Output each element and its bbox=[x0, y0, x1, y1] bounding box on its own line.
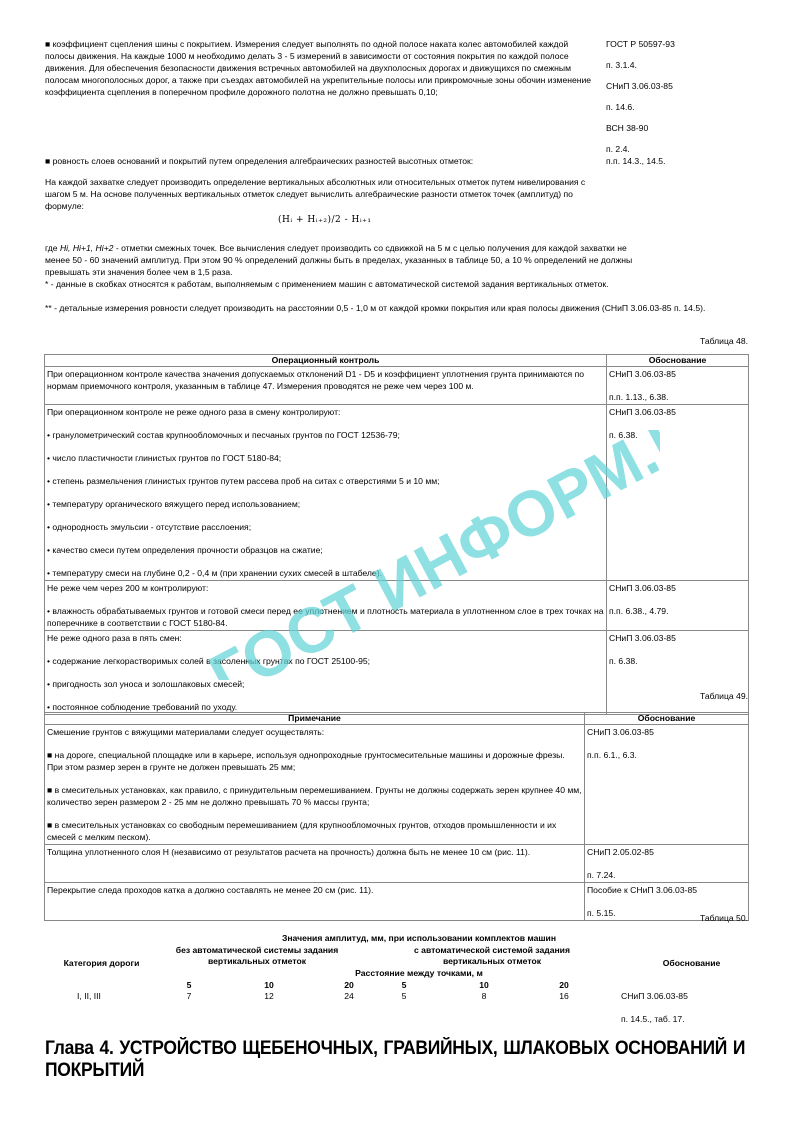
amplitude-value: 24 bbox=[334, 991, 364, 1002]
group-header-amplitudes: Значения амплитуд, мм, при использовании… bbox=[184, 933, 654, 944]
table-cell: Смешение грунтов с вяжущими материалами … bbox=[45, 725, 585, 845]
formula-variables: Hi, Hi+1, Hi+2 bbox=[60, 243, 114, 253]
distance-value: 10 bbox=[254, 980, 284, 991]
basis-snip: СНиП 3.06.03-85 bbox=[621, 991, 741, 1002]
cell-text: п. 7.24. bbox=[587, 869, 746, 881]
cell-text: п.п. 1.13., 6.38. bbox=[609, 391, 746, 403]
column-header-basis: Обоснование bbox=[585, 713, 749, 725]
cell-text: • степень размельчения глинистых грунтов… bbox=[47, 475, 604, 487]
column-header-note: Примечание bbox=[45, 713, 585, 725]
table-header-row: Операционный контроль Обоснование bbox=[45, 355, 749, 367]
cell-text: п.п. 6.38., 4.79. bbox=[609, 605, 746, 617]
table-cell: Перекрытие следа проходов катка a должно… bbox=[45, 883, 585, 921]
table-50-caption: Таблица 50. bbox=[700, 912, 748, 924]
cell-text: СНиП 3.06.03-85 bbox=[587, 726, 746, 738]
cell-text: Не реже одного раза в пять смен: bbox=[47, 632, 604, 644]
cell-text: ■ в смесительных установках со свободным… bbox=[47, 819, 582, 843]
distance-value: 5 bbox=[174, 980, 204, 991]
amplitude-value: 7 bbox=[174, 991, 204, 1002]
table-row: Не реже чем через 200 м контролируют: • … bbox=[45, 581, 749, 631]
subheader-without-auto: без автоматической системы задания верти… bbox=[162, 945, 352, 967]
paragraph-evenness: ■ ровность слоев оснований и покрытий пу… bbox=[45, 155, 600, 167]
cell-text: ■ на дороге, специальной площадке или в … bbox=[47, 749, 582, 773]
table-cell-basis: СНиП 3.06.03-85 п.п. 6.38., 4.79. bbox=[607, 581, 749, 631]
cell-text: • влажность обрабатываемых грунтов и гот… bbox=[47, 605, 604, 629]
reference-item: п. 3.1.4. bbox=[606, 59, 756, 80]
amplitude-value: 12 bbox=[254, 991, 284, 1002]
cell-text: Толщина уплотненного слоя H (независимо … bbox=[47, 846, 582, 858]
table-cell: Не реже чем через 200 м контролируют: • … bbox=[45, 581, 607, 631]
column-header-operational-control: Операционный контроль bbox=[45, 355, 607, 367]
distance-value: 20 bbox=[549, 980, 579, 991]
cell-text: СНиП 3.06.03-85 bbox=[609, 406, 746, 418]
table-cell-basis: СНиП 2.05.02-85 п. 7.24. bbox=[585, 845, 749, 883]
table-48: Операционный контроль Обоснование При оп… bbox=[44, 354, 749, 715]
table-48-caption: Таблица 48. bbox=[700, 335, 748, 347]
paragraph-where: где Hi, Hi+1, Hi+2 - отметки смежных точ… bbox=[45, 242, 645, 278]
category-value: I, II, III bbox=[44, 991, 134, 1002]
table-row: Перекрытие следа проходов катка a должно… bbox=[45, 883, 749, 921]
chapter-title: Глава 4. УСТРОЙСТВО ЩЕБЕНОЧНЫХ, ГРАВИЙНЫ… bbox=[45, 1038, 745, 1082]
cell-text: СНиП 3.06.03-85 bbox=[609, 368, 746, 380]
cell-text: • качество смеси путем определения прочн… bbox=[47, 544, 604, 556]
paragraph-leveling: На каждой захватке следует производить о… bbox=[45, 176, 600, 212]
where-prefix: где bbox=[45, 243, 60, 253]
cell-text: • температуру смеси на глубине 0,2 - 0,4… bbox=[47, 567, 604, 579]
cell-text: • однородность эмульсии - отсутствие рас… bbox=[47, 521, 604, 533]
cell-text: п. 6.38. bbox=[609, 429, 746, 441]
table-50: Категория дороги Значения амплитуд, мм, … bbox=[44, 933, 749, 1028]
table-cell-basis: СНиП 3.06.03-85 п.п. 1.13., 6.38. bbox=[607, 367, 749, 405]
distance-header: Расстояние между точками, м bbox=[184, 968, 654, 979]
cell-text: • пригодность зол уноса и золошлаковых с… bbox=[47, 678, 604, 690]
table-header-row: Примечание Обоснование bbox=[45, 713, 749, 725]
reference-snip: СНиП 3.06.03-85 bbox=[606, 80, 756, 101]
reference-item: п. 14.6. bbox=[606, 101, 756, 122]
cell-text: • гранулометрический состав крупнообломо… bbox=[47, 429, 604, 441]
distance-value: 20 bbox=[334, 980, 364, 991]
basis-item: п. 14.5., таб. 17. bbox=[621, 1014, 741, 1025]
table-cell: При операционном контроле качества значе… bbox=[45, 367, 607, 405]
reference-item: п. 2.4. bbox=[606, 143, 756, 155]
table-row: Не реже одного раза в пять смен: • содер… bbox=[45, 631, 749, 715]
table-49: Примечание Обоснование Смешение грунтов … bbox=[44, 712, 749, 921]
amplitude-value: 16 bbox=[549, 991, 579, 1002]
table-cell-basis: СНиП 3.06.03-85 п.п. 6.1., 6.3. bbox=[585, 725, 749, 845]
reference-item: п.п. 14.3., 14.5. bbox=[606, 155, 756, 176]
cell-text: При операционном контроле не реже одного… bbox=[47, 406, 604, 418]
table-row: При операционном контроле не реже одного… bbox=[45, 405, 749, 581]
cell-text: СНиП 3.06.03-85 bbox=[609, 632, 746, 644]
where-text: - отметки смежных точек. Все вычисления … bbox=[45, 243, 632, 277]
formula: (Hᵢ + Hᵢ₊₂)/2 - Hᵢ₊₁ bbox=[278, 214, 372, 226]
table-cell: При операционном контроле не реже одного… bbox=[45, 405, 607, 581]
reference-column: ГОСТ Р 50597-93 п. 3.1.4. СНиП 3.06.03-8… bbox=[606, 38, 756, 176]
cell-text: При операционном контроле качества значе… bbox=[47, 368, 604, 392]
cell-text: Перекрытие следа проходов катка a должно… bbox=[47, 884, 582, 896]
table-cell: Толщина уплотненного слоя H (независимо … bbox=[45, 845, 585, 883]
table-row: Толщина уплотненного слоя H (независимо … bbox=[45, 845, 749, 883]
column-header-basis: Обоснование bbox=[607, 355, 749, 367]
distance-value: 5 bbox=[389, 980, 419, 991]
table-49-caption: Таблица 49. bbox=[700, 690, 748, 702]
cell-text: п.п. 6.1., 6.3. bbox=[587, 749, 746, 761]
cell-text: Не реже чем через 200 м контролируют: bbox=[47, 582, 604, 594]
cell-text: СНиП 2.05.02-85 bbox=[587, 846, 746, 858]
table-row: При операционном контроле качества значе… bbox=[45, 367, 749, 405]
table-cell: Не реже одного раза в пять смен: • содер… bbox=[45, 631, 607, 715]
amplitude-value: 5 bbox=[389, 991, 419, 1002]
table-cell-basis: СНиП 3.06.03-85 п. 6.38. bbox=[607, 405, 749, 581]
footnote-brackets: * - данные в скобках относятся к работам… bbox=[45, 278, 745, 290]
reference-vsn: ВСН 38-90 bbox=[606, 122, 756, 143]
cell-text: ■ в смесительных установках, как правило… bbox=[47, 784, 582, 808]
footnote-detailed-measurements: ** - детальные измерения ровности следуе… bbox=[45, 302, 745, 314]
cell-text: • число пластичности глинистых грунтов п… bbox=[47, 452, 604, 464]
cell-text: СНиП 3.06.03-85 bbox=[609, 582, 746, 594]
reference-gost: ГОСТ Р 50597-93 bbox=[606, 38, 756, 59]
cell-text: • температуру органического вяжущего пер… bbox=[47, 498, 604, 510]
cell-text: п. 6.38. bbox=[609, 655, 746, 667]
column-header-category: Категория дороги bbox=[44, 958, 159, 969]
paragraph-adhesion-coefficient: ■ коэффициент сцепления шины с покрытием… bbox=[45, 38, 600, 98]
cell-text: • содержание легкорастворимых солей в за… bbox=[47, 655, 604, 667]
cell-text: Пособие к СНиП 3.06.03-85 bbox=[587, 884, 746, 896]
amplitude-value: 8 bbox=[469, 991, 499, 1002]
cell-text: Смешение грунтов с вяжущими материалами … bbox=[47, 726, 582, 738]
distance-value: 10 bbox=[469, 980, 499, 991]
subheader-with-auto: с автоматической системой задания вертик… bbox=[397, 945, 587, 967]
table-row: Смешение грунтов с вяжущими материалами … bbox=[45, 725, 749, 845]
